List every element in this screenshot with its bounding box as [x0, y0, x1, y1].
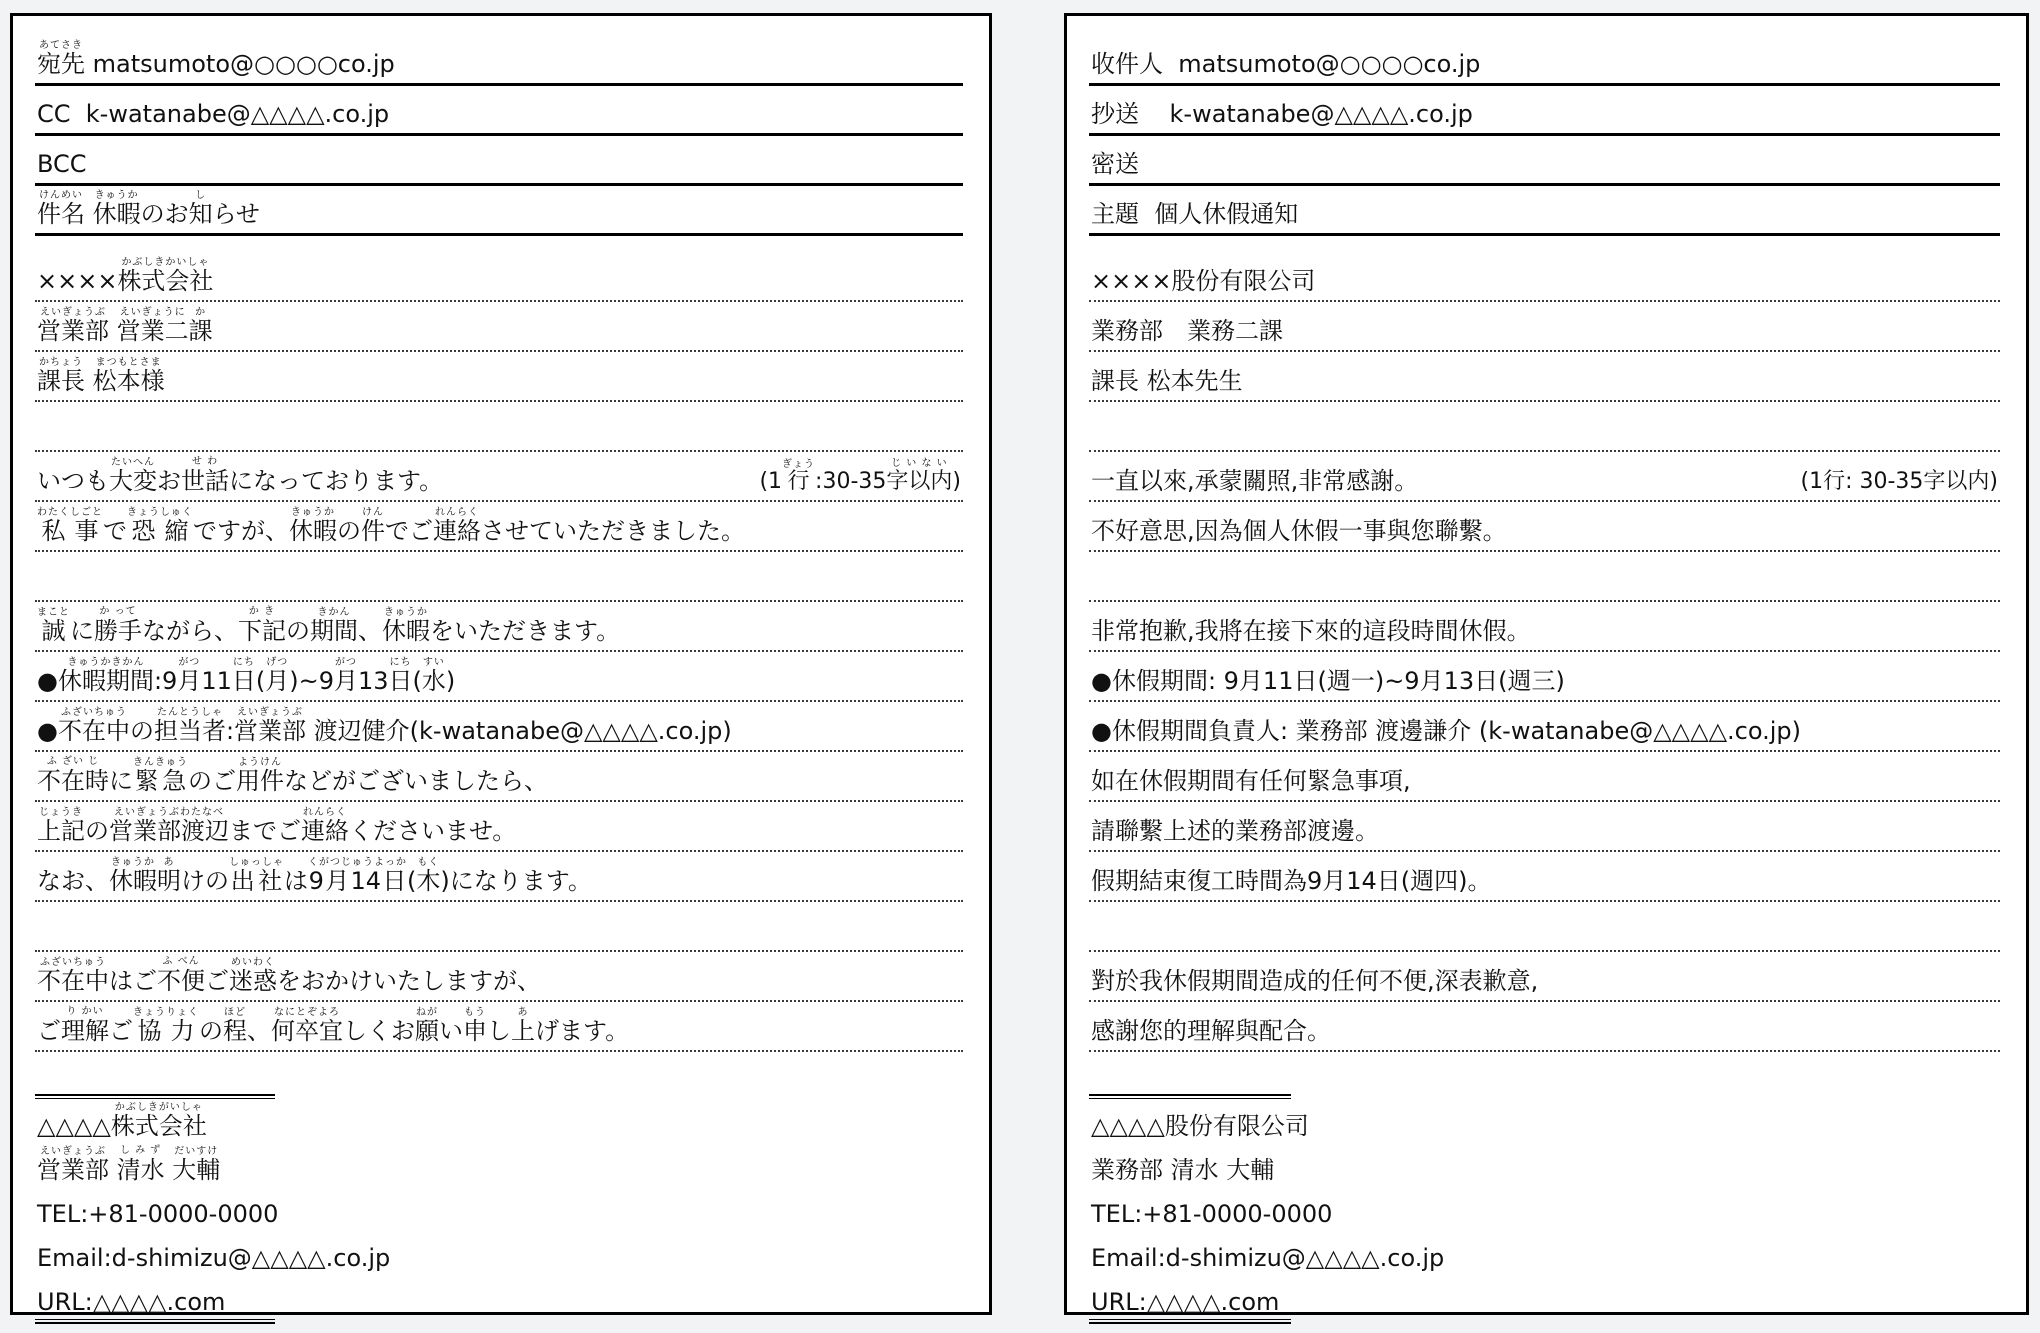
text-segment: 何卒宜 [271, 1017, 343, 1045]
text-segment: 理解 [61, 1017, 109, 1045]
body-text-line: 一直以來,承蒙關照,非常感謝。(1行: 30-35字以内) [1089, 452, 2000, 502]
furigana-text: り かい [61, 1006, 109, 1017]
furigana-text: えいぎょうに [117, 307, 189, 318]
text-segment: 宛先 [37, 50, 85, 78]
text-segment: 上記 [37, 817, 85, 845]
furigana-text: にち [389, 657, 413, 668]
text-segment: をおかけいたしますが、 [277, 968, 541, 994]
furigana-segment: 日にち [232, 657, 256, 694]
signature-line: URL:△△△△.com [1089, 1275, 1446, 1319]
text-segment: 休暇 [93, 200, 141, 228]
body-text-line: ●不在中ふざいちゅうの担当者たんとうしゃ:営業部えいぎょうぶ 渡辺健介(k-wa… [35, 702, 963, 752]
text-segment: 請聯繫上述的業務部渡邊。 [1091, 818, 1379, 844]
furigana-segment: 連絡れんらく [301, 807, 349, 844]
text-segment: いつも [37, 468, 109, 494]
text-segment: 株式会社 [117, 267, 213, 295]
text-segment: 木 [416, 867, 440, 895]
text-segment: TEL:+81-0000-0000 [37, 1201, 278, 1227]
text-segment: のお [141, 201, 189, 227]
text-segment: 抄送 k-watanabe@△△△△.co.jp [1091, 101, 1473, 127]
furigana-segment: 水すい [422, 657, 446, 694]
text-segment: 期間 [310, 617, 358, 645]
body-text-line: なお、休暇きゅうか明あけの出社しゅっしゃは9月14日くがつじゅうよっか(木もく)… [35, 852, 963, 902]
furigana-segment: 休暇きゅうか [109, 857, 157, 894]
signature-line: URL:△△△△.com [35, 1275, 392, 1319]
text-segment: 営業二 [117, 317, 189, 345]
text-segment: の [130, 718, 154, 744]
text-segment: 一直以來,承蒙關照,非常感謝。 [1091, 468, 1418, 494]
text-segment: 課長 松本先生 [1091, 368, 1243, 394]
text-segment: 9月14日 [308, 867, 407, 895]
text-segment: ですが、 [193, 518, 289, 544]
furigana-segment: 理解り かい [61, 1006, 109, 1044]
text-segment: 迷惑 [229, 967, 277, 995]
furigana-text: きょうしゅく [127, 507, 193, 518]
furigana-segment: 迷惑めいわく [229, 957, 277, 994]
email-field-row: 收件人 matsumoto@○○○○co.jp [1089, 36, 2000, 86]
text-segment: )になります。 [440, 868, 591, 894]
text-segment: 清水 [117, 1156, 165, 1184]
furigana-segment: 9月14日くがつじゅうよっか [308, 857, 407, 894]
text-segment: 渡辺健介(k-watanabe@△△△△.co.jp) [306, 718, 732, 744]
furigana-segment: 勝手か って [94, 606, 142, 644]
furigana-segment: 木もく [416, 857, 440, 894]
text-segment: 休暇期間 [58, 667, 154, 695]
furigana-text: か って [94, 606, 142, 617]
text-segment: URL:△△△△.com [37, 1289, 225, 1315]
furigana-segment: 出社しゅっしゃ [229, 857, 284, 894]
furigana-segment: 不在中ふざいちゅう [58, 707, 130, 744]
furigana-segment: 課か [189, 307, 213, 344]
furigana-segment: 知し [189, 190, 213, 227]
text-segment: ●休假期間負責人: 業務部 渡邊謙介 (k-watanabe@△△△△.co.j… [1091, 718, 1801, 744]
empty-ruled-line [1089, 402, 2000, 452]
furigana-segment: 日にち [389, 657, 413, 694]
text-segment: の [286, 618, 310, 644]
furigana-segment: 私事わたくしごと [37, 507, 103, 544]
furigana-text: もう [463, 1007, 487, 1018]
furigana-text: まつもとさま [93, 357, 165, 368]
email-field-row: BCC [35, 136, 963, 186]
empty-ruled-line [35, 902, 963, 952]
body-text-line: 請聯繫上述的業務部渡邊。 [1089, 802, 2000, 852]
text-segment: 誠 [37, 617, 70, 645]
text-segment: 営業部 [234, 717, 306, 745]
furigana-segment: 株式会社かぶしきがいしゃ [111, 1102, 207, 1139]
text-segment: 月 [177, 667, 201, 695]
furigana-text: めいわく [229, 957, 277, 968]
body-text-line: ご理解り かいご協力きょうりょくの程ほど、何卒宜なにとぞよろしくお願ねがい申もう… [35, 1002, 963, 1052]
text-segment: 、 [247, 1018, 271, 1044]
body-text-line: ●休假期間: 9月11日(週一)~9月13日(週三) [1089, 652, 2000, 702]
text-segment: 不在時 [37, 767, 109, 795]
text-segment: ) [952, 470, 961, 494]
body-text-line: 不好意思,因為個人休假一事與您聯繫。 [1089, 502, 2000, 552]
furigana-text: たんとうしゃ [154, 707, 226, 718]
text-segment: 感謝您的理解與配合。 [1091, 1018, 1331, 1044]
text-segment: 大変 [109, 467, 157, 495]
text-segment: 如在休假期間有任何緊急事項, [1091, 768, 1411, 794]
furigana-segment: 月がつ [334, 657, 358, 694]
furigana-segment: 緊急きんきゅう [133, 757, 188, 794]
text-segment: ) [446, 668, 455, 694]
text-segment: 13 [358, 668, 389, 694]
text-segment: 不好意思,因為個人休假一事與您聯繫。 [1091, 518, 1507, 544]
text-segment: BCC [37, 151, 87, 177]
text-segment: をいただきます。 [430, 618, 620, 644]
japanese-email-template-page: 宛先あてさき matsumoto@○○○○co.jpCC k-watanabe@… [10, 13, 992, 1315]
furigana-segment: 上あ [511, 1007, 535, 1044]
furigana-text: じ い な い [886, 458, 952, 469]
text-segment: 上 [511, 1017, 535, 1045]
text-segment: 程 [223, 1017, 247, 1045]
body-text-line: ●休假期間負責人: 業務部 渡邊謙介 (k-watanabe@△△△△.co.j… [1089, 702, 2000, 752]
line-length-note: (1行: 30-35字以内) [1801, 470, 1999, 494]
furigana-segment: 月がつ [177, 657, 201, 694]
text-segment: お [157, 468, 181, 494]
text-segment: 勝手 [94, 617, 142, 645]
furigana-segment: 不在中ふざいちゅう [37, 957, 109, 994]
furigana-text: すい [422, 657, 446, 668]
email-field-row: 件名けんめい 休暇きゅうかのお知しらせ [35, 186, 963, 236]
furigana-text: わたくしごと [37, 507, 103, 518]
text-segment: ××××股份有限公司 [1091, 268, 1315, 294]
body-text-line: いつも大変たいへんお世話せ わになっております。(1行ぎょう:30-35字以内じ… [35, 452, 963, 502]
furigana-text: せ わ [181, 456, 229, 467]
furigana-segment: 清水し み ず [117, 1145, 165, 1183]
text-segment: させていただきました。 [481, 518, 745, 544]
email-field-row: 宛先あてさき matsumoto@○○○○co.jp [35, 36, 963, 86]
text-segment: 知 [189, 200, 213, 228]
text-segment: 字以内 [886, 469, 952, 494]
furigana-text: し [189, 190, 213, 201]
text-segment: はご [109, 968, 157, 994]
text-segment: 日 [389, 667, 413, 695]
signature-line: 営業部えいぎょうぶ 清水し み ず 大輔だいすけ [35, 1143, 392, 1187]
text-segment: ご [37, 1018, 61, 1044]
furigana-text: なにとぞよろ [271, 1007, 343, 1018]
furigana-segment: 行ぎょう [782, 459, 815, 494]
body-text-line: 對於我休假期間造成的任何不便,深表歉意, [1089, 952, 2000, 1002]
furigana-text: きょうりょく [133, 1007, 199, 1018]
text-segment: 大輔 [172, 1156, 220, 1184]
text-segment: の [85, 818, 109, 844]
text-segment: 株式会社 [111, 1112, 207, 1140]
text-segment: 水 [422, 667, 446, 695]
furigana-text: きゅうか [109, 857, 157, 868]
text-segment: 営業部 [37, 1156, 109, 1184]
text-segment: は [284, 868, 308, 894]
spacer-row [35, 236, 963, 252]
text-segment: 連絡 [301, 817, 349, 845]
text-segment: ご [205, 968, 229, 994]
text-segment: 恐縮 [127, 517, 193, 545]
furigana-text: くがつじゅうよっか [308, 857, 407, 868]
text-segment: 對於我休假期間造成的任何不便,深表歉意, [1091, 968, 1538, 994]
body-text-line: 假期結束復工時間為9月14日(週四)。 [1089, 852, 2000, 902]
text-segment: 不在中 [37, 967, 109, 995]
text-segment: 月 [334, 667, 358, 695]
furigana-text: か き [238, 606, 286, 617]
text-segment: 願 [415, 1017, 439, 1045]
furigana-text: きゅうか [93, 190, 141, 201]
text-segment: matsumoto@○○○○co.jp [85, 51, 395, 77]
furigana-segment: 願ねが [415, 1007, 439, 1044]
signature-block: △△△△股份有限公司業務部 清水 大輔TEL:+81-0000-0000Emai… [1089, 1094, 1446, 1324]
text-segment: 假期結束復工時間為9月14日(週四)。 [1091, 868, 1492, 894]
furigana-segment: 何卒宜なにとぞよろ [271, 1007, 343, 1044]
furigana-text: あてさき [37, 40, 85, 51]
furigana-segment: 誠まこと [37, 607, 70, 644]
text-segment: 不在中 [58, 717, 130, 745]
empty-ruled-line [35, 402, 963, 452]
body-text-line: 私事わたくしごとで恐縮きょうしゅくですが、休暇きゅうかの件けんでご連絡れんらくさ… [35, 502, 963, 552]
furigana-segment: 連絡れんらく [433, 507, 481, 544]
furigana-segment: 協力きょうりょく [133, 1007, 199, 1044]
body-text-line: 不在時ふ ざい じに緊急きんきゅうのご用件ようけんなどがございましたら、 [35, 752, 963, 802]
furigana-text: えいぎょうぶ [234, 707, 306, 718]
text-segment: 用件 [236, 767, 284, 795]
text-segment: 不便 [157, 967, 205, 995]
signature-line: Email:d-shimizu@△△△△.co.jp [1089, 1231, 1446, 1275]
furigana-segment: 世話せ わ [181, 456, 229, 494]
furigana-text: げつ [265, 657, 289, 668]
furigana-text: か [189, 307, 213, 318]
text-segment: し [487, 1018, 511, 1044]
text-segment: ● [37, 718, 58, 744]
furigana-segment: 期間きかん [310, 607, 358, 644]
text-segment: TEL:+81-0000-0000 [1091, 1201, 1332, 1227]
text-segment: Email:d-shimizu@△△△△.co.jp [1091, 1245, 1444, 1271]
furigana-segment: 松本様まつもとさま [93, 357, 165, 394]
text-segment: (1行: 30-35字以内) [1801, 470, 1999, 494]
email-template-comparison-page: { "page": { "background_color": "#f1f3f5… [0, 0, 2040, 1333]
furigana-text: きゅうかきかん [58, 657, 154, 668]
email-field-row: 主題 個人休假通知 [1089, 186, 2000, 236]
furigana-segment: 上記じょうき [37, 807, 85, 844]
text-segment: しくお [343, 1018, 415, 1044]
furigana-segment: 営業部渡辺えいぎょうぶわたなべ [109, 807, 229, 844]
furigana-text: にち [232, 657, 256, 668]
email-field-row: CC k-watanabe@△△△△.co.jp [35, 86, 963, 136]
furigana-text: かちょう [37, 357, 85, 368]
text-segment: に [70, 618, 94, 644]
furigana-segment: 月げつ [265, 657, 289, 694]
text-segment: Email:d-shimizu@△△△△.co.jp [37, 1245, 390, 1271]
spacer-row [1089, 1052, 2000, 1094]
text-segment: ながら、 [142, 618, 238, 644]
text-segment: 出社 [229, 867, 284, 895]
furigana-text: れんらく [301, 807, 349, 818]
text-segment: (1 [759, 470, 782, 494]
signature-line: TEL:+81-0000-0000 [1089, 1187, 1446, 1231]
text-segment: 私事 [37, 517, 103, 545]
text-segment: 休暇 [289, 517, 337, 545]
text-segment: などがございましたら、 [284, 768, 548, 794]
furigana-text: きゅうか [382, 607, 430, 618]
furigana-segment: 大変たいへん [109, 457, 157, 494]
furigana-text: たいへん [109, 457, 157, 468]
furigana-text: えいぎょうぶ [37, 307, 109, 318]
furigana-text: れんらく [433, 507, 481, 518]
text-segment: 松本様 [93, 367, 165, 395]
text-segment: の [199, 1018, 223, 1044]
furigana-text: がつ [177, 657, 201, 668]
furigana-text: えいぎょうぶわたなべ [109, 807, 229, 818]
furigana-text: かぶしきがいしゃ [111, 1102, 207, 1113]
furigana-segment: 件けん [361, 507, 385, 544]
text-segment: )~9 [289, 668, 334, 694]
text-segment [165, 1157, 173, 1183]
furigana-segment: 下記か き [238, 606, 286, 644]
furigana-segment: 営業部えいぎょうぶ [234, 707, 306, 744]
furigana-text: きゅうか [289, 507, 337, 518]
text-segment: のご [188, 768, 236, 794]
furigana-text: ふざいちゅう [58, 707, 130, 718]
furigana-segment: 株式会社かぶしきかいしゃ [117, 257, 213, 294]
text-segment: 業務部 業務二課 [1091, 318, 1283, 344]
body-text-line: 非常抱歉,我將在接下來的這段時間休假。 [1089, 602, 2000, 652]
empty-ruled-line [1089, 902, 2000, 952]
furigana-text: ふ ざい じ [37, 756, 109, 767]
body-text-line: 不在中ふざいちゅうはご不便ふ べんご迷惑めいわくをおかけいたしますが、 [35, 952, 963, 1002]
spacer-row [1089, 236, 2000, 252]
text-segment: 休暇 [109, 867, 157, 895]
furigana-text: ほど [223, 1007, 247, 1018]
text-segment: 課 [189, 317, 213, 345]
furigana-segment: 字以内じ い な い [886, 458, 952, 494]
furigana-text: じょうき [37, 807, 85, 818]
text-segment: 担当者 [154, 717, 226, 745]
empty-ruled-line [1089, 552, 2000, 602]
furigana-segment: 不在時ふ ざい じ [37, 756, 109, 794]
text-segment: 課長 [37, 367, 85, 395]
text-segment: △△△△ [37, 1113, 111, 1139]
furigana-text: えいぎょうぶ [37, 1146, 109, 1157]
furigana-segment: 明あ [157, 857, 181, 894]
text-segment: ご [109, 1018, 133, 1044]
furigana-segment: 大輔だいすけ [172, 1146, 220, 1183]
text-segment: :9 [154, 668, 177, 694]
chinese-translation-email-page: 收件人 matsumoto@○○○○co.jp抄送 k-watanabe@△△△… [1064, 13, 2029, 1315]
furigana-segment: 程ほど [223, 1007, 247, 1044]
text-segment: 下記 [238, 617, 286, 645]
furigana-segment: 件名けんめい [37, 190, 85, 227]
furigana-text: だいすけ [172, 1146, 220, 1157]
text-segment: なお、 [37, 868, 109, 894]
text-segment: CC k-watanabe@△△△△.co.jp [37, 101, 389, 127]
furigana-text: まこと [37, 607, 70, 618]
furigana-text: ふざいちゅう [37, 957, 109, 968]
signature-line: △△△△株式会社かぶしきがいしゃ [35, 1099, 392, 1143]
text-segment: ( [256, 668, 265, 694]
text-segment: URL:△△△△.com [1091, 1289, 1279, 1315]
furigana-text: けんめい [37, 190, 85, 201]
text-segment: 連絡 [433, 517, 481, 545]
text-segment: 営業部渡辺 [109, 817, 229, 845]
text-segment [85, 368, 93, 394]
furigana-segment: 営業部えいぎょうぶ [37, 1146, 109, 1183]
text-segment [109, 1157, 117, 1183]
furigana-text: ようけん [236, 757, 284, 768]
text-segment: げます。 [535, 1018, 629, 1044]
text-segment: でご [385, 518, 433, 544]
body-text-line: 感謝您的理解與配合。 [1089, 1002, 2000, 1052]
furigana-text: ふ べん [157, 956, 205, 967]
text-segment: 協力 [133, 1017, 199, 1045]
body-text-line: 課長かちょう 松本様まつもとさま [35, 352, 963, 402]
empty-ruled-line [35, 552, 963, 602]
furigana-segment: 恐縮きょうしゅく [127, 507, 193, 544]
furigana-text: けん [361, 507, 385, 518]
furigana-segment: 用件ようけん [236, 757, 284, 794]
text-segment: 申 [463, 1017, 487, 1045]
furigana-segment: 営業二えいぎょうに [117, 307, 189, 344]
body-text-line: 上記じょうきの営業部渡辺えいぎょうぶわたなべまでご連絡れんらくくださいませ。 [35, 802, 963, 852]
text-segment: ●休假期間: 9月11日(週一)~9月13日(週三) [1091, 668, 1565, 694]
spacer-row [35, 1052, 963, 1094]
text-segment: になっております。 [229, 468, 443, 494]
signature-line: △△△△股份有限公司 [1089, 1099, 1446, 1143]
text-segment: 件名 [37, 200, 85, 228]
signature-block: △△△△株式会社かぶしきがいしゃ営業部えいぎょうぶ 清水し み ず 大輔だいすけ… [35, 1094, 392, 1324]
furigana-text: がつ [334, 657, 358, 668]
line-length-note: (1行ぎょう:30-35字以内じ い な い) [759, 458, 961, 494]
text-segment [109, 318, 117, 344]
body-text-line: 営業部えいぎょうぶ 営業二えいぎょうに課か [35, 302, 963, 352]
text-segment: ( [407, 868, 416, 894]
text-segment: 件 [361, 517, 385, 545]
furigana-text: かぶしきかいしゃ [117, 257, 213, 268]
furigana-segment: 不便ふ べん [157, 956, 205, 994]
text-segment: △△△△股份有限公司 [1091, 1113, 1309, 1139]
text-segment: 日 [232, 667, 256, 695]
signature-line: TEL:+81-0000-0000 [35, 1187, 392, 1231]
text-segment: ● [37, 668, 58, 694]
furigana-text: あ [511, 1007, 535, 1018]
text-segment: 休暇 [382, 617, 430, 645]
text-segment: 、 [358, 618, 382, 644]
text-segment: 業務部 清水 大輔 [1091, 1157, 1274, 1183]
text-segment: 行 [782, 469, 815, 494]
text-segment: 11 [201, 668, 232, 694]
text-segment: ×××× [37, 268, 117, 294]
body-text-line: 課長 松本先生 [1089, 352, 2000, 402]
text-segment: に [109, 768, 133, 794]
email-field-row: 抄送 k-watanabe@△△△△.co.jp [1089, 86, 2000, 136]
signature-divider-bottom [1089, 1319, 1291, 1324]
text-segment: 密送 [1091, 151, 1139, 177]
text-segment: 緊急 [133, 767, 188, 795]
text-segment: 月 [265, 667, 289, 695]
email-field-row: 密送 [1089, 136, 2000, 186]
furigana-text: ねが [415, 1007, 439, 1018]
furigana-segment: 申もう [463, 1007, 487, 1044]
furigana-segment: 宛先あてさき [37, 40, 85, 77]
text-segment: の [337, 518, 361, 544]
furigana-text: きんきゅう [133, 757, 188, 768]
text-segment: 明 [157, 867, 181, 895]
signature-line: Email:d-shimizu@△△△△.co.jp [35, 1231, 392, 1275]
furigana-segment: 担当者たんとうしゃ [154, 707, 226, 744]
text-segment: ( [413, 668, 422, 694]
furigana-text: しゅっしゃ [229, 857, 284, 868]
text-segment: い [439, 1018, 463, 1044]
text-segment: までご [229, 818, 301, 844]
furigana-text: ぎょう [782, 459, 815, 470]
text-segment: 主題 個人休假通知 [1091, 201, 1298, 227]
text-segment: くださいませ。 [349, 818, 516, 844]
